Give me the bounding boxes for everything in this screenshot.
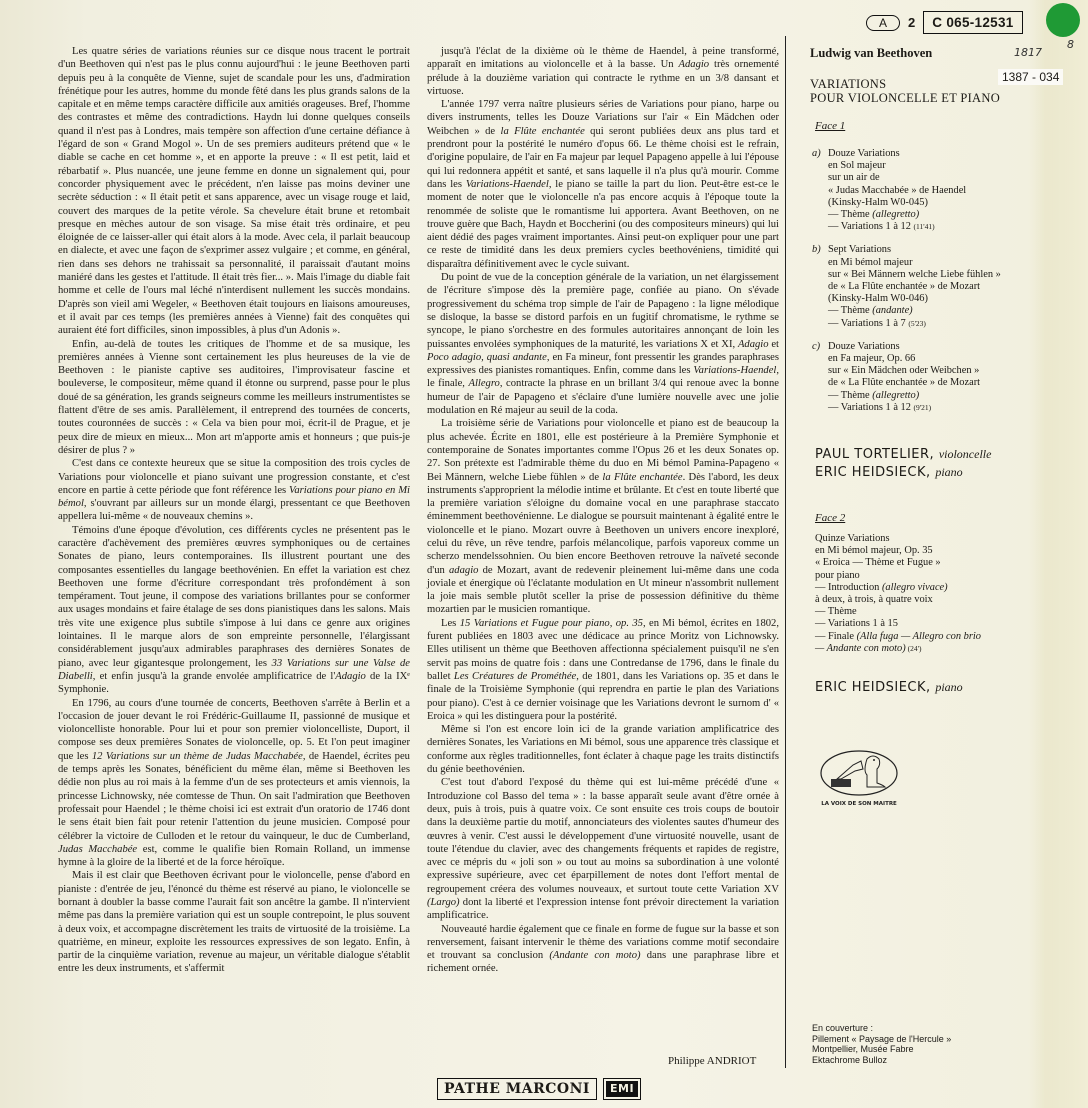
face-2-tracklist: Quinze Variationsen Mi bémol majeur, Op.… [815,533,981,655]
face-1-tracklist: a)Douze Variationsen Sol majeursur un ai… [812,148,1001,425]
author-signature: Philippe ANDRIOT [668,1055,756,1067]
movement-line: — Finale (Alla fuga — Allegro con brio [815,631,981,643]
movement-line: — Thème (allegretto) [812,209,1001,221]
liner-paragraph: Même si l'on est encore loin ici de la g… [427,723,779,776]
movement-line: à deux, à trois, à quatre voix [815,594,981,606]
liner-paragraph: Du point de vue de la conception général… [427,271,779,417]
emi-logo: EMI [603,1078,641,1100]
movement-line: — Variations 1 à 12 (9'21) [812,402,1001,414]
handwritten-note: 1817 [1014,46,1042,59]
album-title: VARIATIONS POUR VIOLONCELLE ET PIANO [810,78,1000,105]
handwritten-note: 8 [1067,38,1074,51]
column-divider [785,36,786,1068]
sleeve-edge [1028,0,1088,1108]
liner-paragraph: L'année 1797 verra naître plusieurs séri… [427,98,779,271]
movement-line: — Thème (allegretto) [812,390,1001,402]
performer-piano-face-2: ERIC HEIDSIECK, piano [815,680,963,695]
liner-paragraph: Les quatre séries de variations réunies … [58,45,410,338]
reference-sticker: 1387 - 034 [998,69,1063,85]
track-entry: b)Sept Variationsen Mi bémol majeursur «… [812,244,1001,329]
liner-paragraph: jusqu'à l'éclat de la dixième où le thèm… [427,45,779,98]
pathe-marconi-wordmark: PATHE MARCONI [437,1078,597,1100]
green-sticker-dot [1046,3,1080,37]
liner-paragraph: C'est tout d'abord l'exposé du thème qui… [427,776,779,922]
side-indicator: A [866,15,900,31]
liner-paragraph: Enfin, au-delà de toutes les critiques d… [58,338,410,458]
liner-paragraph: Témoins d'une époque d'évolution, ces di… [58,524,410,697]
disc-count: 2 [908,15,915,30]
liner-paragraph: Les 15 Variations et Fugue pour piano, o… [427,617,779,723]
liner-paragraph: La troisième série de Variations pour vi… [427,417,779,616]
catalog-number: C 065-12531 [923,11,1022,34]
liner-paragraph: En 1796, au cours d'une tournée de conce… [58,697,410,870]
svg-text:LA VOIX DE SON MAITRE: LA VOIX DE SON MAITRE [821,801,897,807]
movement-line: — Thème [815,606,981,618]
movement-line: — Variations 1 à 15 [815,618,981,630]
movement-line: — Thème (andante) [812,305,1001,317]
movement-line: — Variations 1 à 7 (5'23) [812,318,1001,330]
liner-paragraph: Nouveauté hardie également que ce finale… [427,923,779,976]
liner-notes-left-column: Les quatre séries de variations réunies … [58,45,410,976]
liner-notes-middle-column: jusqu'à l'éclat de la dixième où le thèm… [427,45,779,976]
movement-line: — Variations 1 à 12 (11'41) [812,221,1001,233]
his-masters-voice-logo: LA VOIX DE SON MAITRE [815,747,905,809]
cover-credit: En couverture : Pillement « Paysage de l… [812,1023,951,1065]
face-1-heading: Face 1 [815,120,845,132]
publisher-logo: PATHE MARCONI EMI [437,1078,641,1100]
composer-name: Ludwig van Beethoven [810,46,932,61]
performer-piano: ERIC HEIDSIECK, piano [815,465,963,480]
track-entry: a)Douze Variationsen Sol majeursur un ai… [812,148,1001,233]
liner-paragraph: C'est dans ce contexte heureux que se si… [58,457,410,523]
performer-cello: PAUL TORTELIER, violoncelle [815,447,991,462]
movement-line: — Andante con moto) (24') [815,643,981,655]
liner-paragraph: Mais il est clair que Beethoven écrivant… [58,869,410,975]
face-2-heading: Face 2 [815,512,845,524]
movement-line: — Introduction (allegro vivace) [815,582,981,594]
catalog-info: A 2 C 065-12531 [866,11,1023,34]
track-entry: c)Douze Variationsen Fa majeur, Op. 66su… [812,341,1001,414]
